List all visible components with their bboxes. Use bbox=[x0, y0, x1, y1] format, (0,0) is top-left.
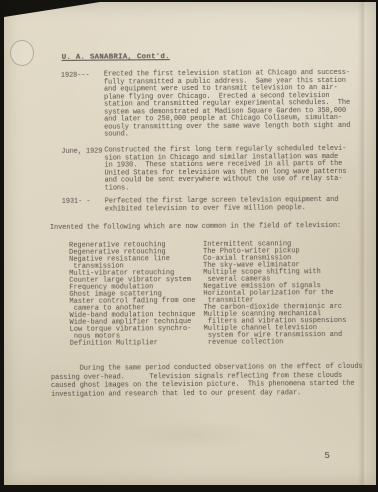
timeline-entry-1928: Erected the first television station at … bbox=[104, 70, 366, 139]
page-number: 5 bbox=[324, 451, 329, 461]
inventions-left-column: Regenerative retouchingDegenerative reto… bbox=[69, 242, 210, 348]
page-heading: U. A. SANABRIA, Cont'd. bbox=[62, 53, 170, 62]
invention-list-line: revenue collection bbox=[204, 339, 374, 347]
typewritten-content: U. A. SANABRIA, Cont'd. 1928--- Erected … bbox=[2, 1, 377, 487]
inventions-right-column: Intermittent scanningThe Photo-writer pi… bbox=[203, 241, 374, 347]
inventions-list: Regenerative retouchingDegenerative reto… bbox=[4, 241, 376, 244]
timeline-date-1928: 1928--- bbox=[61, 72, 105, 80]
scanned-paper: U. A. SANABRIA, Cont'd. 1928--- Erected … bbox=[4, 2, 376, 485]
timeline-date-june-1929: June, 1929 bbox=[61, 148, 105, 156]
inventions-intro-line: Invented the following which are now com… bbox=[50, 222, 341, 232]
timeline-date-1931: 1931- - bbox=[62, 198, 106, 206]
timeline-entry-june-1929: Constructed the first long term regularl… bbox=[104, 146, 366, 193]
closing-paragraph: During the same period conducted observa… bbox=[51, 363, 369, 400]
timeline-entry-1931: Perfected the first large screen televis… bbox=[105, 196, 367, 214]
invention-list-line: Definition Multiplier bbox=[70, 340, 210, 348]
